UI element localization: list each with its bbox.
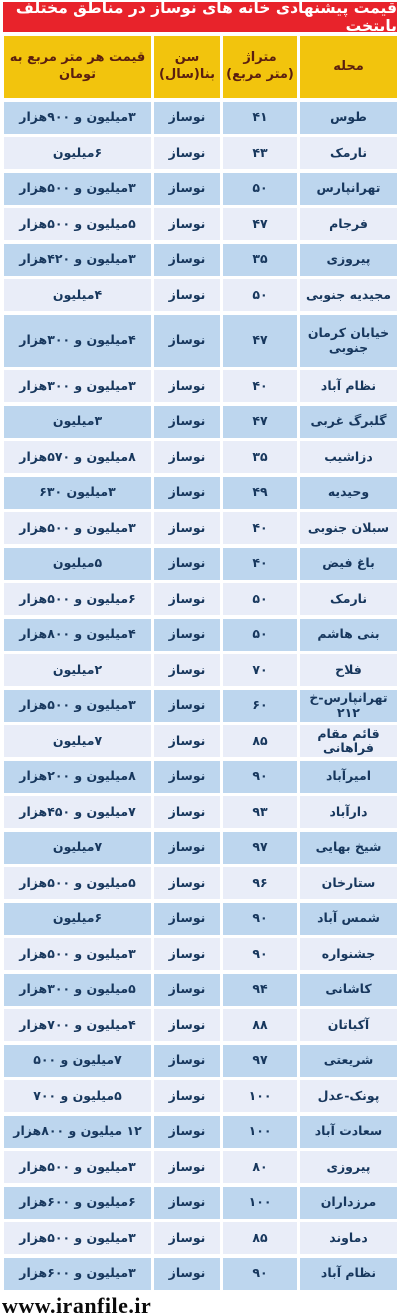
cell-neighborhood: فلاح bbox=[300, 654, 397, 686]
cell-price: ۳میلیون و ۵۰۰هزار bbox=[4, 938, 151, 970]
cell-area: ۸۸ bbox=[223, 1009, 297, 1041]
cell-neighborhood: تهرانپارس bbox=[300, 173, 397, 205]
header-line: سن bbox=[175, 50, 199, 67]
table-row: نارمک۵۰نوساز۶میلیون و ۵۰۰هزار bbox=[0, 583, 400, 615]
column-header-gheymat: قیمت هر متر مربع به تومان bbox=[4, 36, 151, 98]
cell-age: نوساز bbox=[154, 867, 220, 899]
column-header-mahalleh: محله bbox=[300, 36, 397, 98]
cell-price: ۶میلیون و ۵۰۰هزار bbox=[4, 583, 151, 615]
cell-neighborhood: دارآباد bbox=[300, 796, 397, 828]
watermark-url: www.iranfile.ir bbox=[0, 1293, 400, 1315]
cell-neighborhood: فرجام bbox=[300, 208, 397, 240]
table-row: ستارخان۹۶نوساز۵میلیون و ۵۰۰هزار bbox=[0, 867, 400, 899]
table-row: بنی هاشم۵۰نوساز۴میلیون و ۸۰۰هزار bbox=[0, 619, 400, 651]
cell-area: ۴۰ bbox=[223, 548, 297, 580]
header-line: محله bbox=[333, 59, 364, 76]
table-row: نظام آباد۴۰نوساز۳میلیون و ۳۰۰هزار bbox=[0, 370, 400, 402]
cell-age: نوساز bbox=[154, 974, 220, 1006]
table-row: خیابان کرمان جنوبی۴۷نوساز۴میلیون و ۳۰۰هز… bbox=[0, 315, 400, 367]
cell-age: نوساز bbox=[154, 1258, 220, 1290]
cell-area: ۹۰ bbox=[223, 761, 297, 793]
table-row: فرجام۴۷نوساز۵میلیون و ۵۰۰هزار bbox=[0, 208, 400, 240]
cell-price: ۳میلیون و ۵۰۰هزار bbox=[4, 512, 151, 544]
cell-price: ۵میلیون و ۳۰۰هزار bbox=[4, 974, 151, 1006]
cell-price: ۳میلیون ۶۳۰ bbox=[4, 477, 151, 509]
cell-price: ۵میلیون bbox=[4, 548, 151, 580]
cell-neighborhood: شیخ بهایی bbox=[300, 832, 397, 864]
cell-price: ۳میلیون و ۵۰۰هزار bbox=[4, 1151, 151, 1183]
cell-price: ۷میلیون و ۵۰۰ bbox=[4, 1045, 151, 1077]
cell-age: نوساز bbox=[154, 137, 220, 169]
table-row: دارآباد۹۳نوساز۷میلیون و ۴۵۰هزار bbox=[0, 796, 400, 828]
header-row: محلهمتراژ(متر مربع)سنبنا(سال)قیمت هر متر… bbox=[0, 36, 400, 98]
cell-age: نوساز bbox=[154, 512, 220, 544]
cell-age: نوساز bbox=[154, 619, 220, 651]
table-row: طوس۴۱نوساز۳میلیون و ۹۰۰هزار bbox=[0, 102, 400, 134]
table-row: گلبرگ غربی۴۷نوساز۳میلیون bbox=[0, 406, 400, 438]
cell-area: ۴۱ bbox=[223, 102, 297, 134]
cell-area: ۹۰ bbox=[223, 903, 297, 935]
cell-area: ۹۴ bbox=[223, 974, 297, 1006]
cell-age: نوساز bbox=[154, 279, 220, 311]
cell-age: نوساز bbox=[154, 654, 220, 686]
cell-age: نوساز bbox=[154, 761, 220, 793]
cell-price: ۳میلیون و ۵۰۰هزار bbox=[4, 1222, 151, 1254]
cell-area: ۹۶ bbox=[223, 867, 297, 899]
cell-neighborhood: امیرآباد bbox=[300, 761, 397, 793]
cell-price: ۷میلیون bbox=[4, 832, 151, 864]
cell-neighborhood: شریعتی bbox=[300, 1045, 397, 1077]
cell-area: ۸۵ bbox=[223, 1222, 297, 1254]
cell-neighborhood: پیروزی bbox=[300, 244, 397, 276]
column-header-sen-bana: سنبنا(سال) bbox=[154, 36, 220, 98]
table-row: سبلان جنوبی۴۰نوساز۳میلیون و ۵۰۰هزار bbox=[0, 512, 400, 544]
cell-neighborhood: سبلان جنوبی bbox=[300, 512, 397, 544]
cell-neighborhood: نارمک bbox=[300, 583, 397, 615]
cell-neighborhood: خیابان کرمان جنوبی bbox=[300, 315, 397, 367]
cell-area: ۴۳ bbox=[223, 137, 297, 169]
table-row: قائم مقام فراهانی۸۵نوساز۷میلیون bbox=[0, 725, 400, 757]
cell-price: ۵میلیون و ۷۰۰ bbox=[4, 1080, 151, 1112]
cell-price: ۸میلیون و ۵۷۰هزار bbox=[4, 441, 151, 473]
cell-area: ۸۰ bbox=[223, 1151, 297, 1183]
table-row: جشنواره۹۰نوساز۳میلیون و ۵۰۰هزار bbox=[0, 938, 400, 970]
cell-age: نوساز bbox=[154, 725, 220, 757]
table-row: تهرانپارس-خ ۲۱۲۶۰نوساز۳میلیون و ۵۰۰هزار bbox=[0, 690, 400, 722]
cell-neighborhood: پیروزی bbox=[300, 1151, 397, 1183]
cell-price: ۶میلیون bbox=[4, 137, 151, 169]
header-line: (متر مربع) bbox=[226, 67, 294, 84]
cell-age: نوساز bbox=[154, 102, 220, 134]
cell-area: ۵۰ bbox=[223, 173, 297, 205]
cell-neighborhood: سعادت آباد bbox=[300, 1116, 397, 1148]
cell-neighborhood: جشنواره bbox=[300, 938, 397, 970]
cell-area: ۷۰ bbox=[223, 654, 297, 686]
cell-neighborhood: کاشانی bbox=[300, 974, 397, 1006]
cell-area: ۱۰۰ bbox=[223, 1116, 297, 1148]
cell-price: ۳میلیون و ۶۰۰هزار bbox=[4, 1258, 151, 1290]
cell-area: ۱۰۰ bbox=[223, 1080, 297, 1112]
table-body: طوس۴۱نوساز۳میلیون و ۹۰۰هزارنارمک۴۳نوساز۶… bbox=[0, 102, 400, 1290]
cell-neighborhood: طوس bbox=[300, 102, 397, 134]
cell-neighborhood: نظام آباد bbox=[300, 370, 397, 402]
cell-age: نوساز bbox=[154, 938, 220, 970]
cell-area: ۵۰ bbox=[223, 583, 297, 615]
cell-area: ۴۷ bbox=[223, 406, 297, 438]
table-row: پیروزی۳۵نوساز۳میلیون و ۴۲۰هزار bbox=[0, 244, 400, 276]
table-row: نظام آباد۹۰نوساز۳میلیون و ۶۰۰هزار bbox=[0, 1258, 400, 1290]
cell-price: ۳میلیون و ۹۰۰هزار bbox=[4, 102, 151, 134]
cell-price: ۴میلیون bbox=[4, 279, 151, 311]
cell-area: ۸۵ bbox=[223, 725, 297, 757]
cell-area: ۹۰ bbox=[223, 1258, 297, 1290]
table-row: شریعتی۹۷نوساز۷میلیون و ۵۰۰ bbox=[0, 1045, 400, 1077]
table-row: امیرآباد۹۰نوساز۸میلیون و ۲۰۰هزار bbox=[0, 761, 400, 793]
cell-neighborhood: بنی هاشم bbox=[300, 619, 397, 651]
cell-price: ۱۲ میلیون و ۸۰۰هزار bbox=[4, 1116, 151, 1148]
cell-neighborhood: قائم مقام فراهانی bbox=[300, 725, 397, 757]
cell-neighborhood: دماوند bbox=[300, 1222, 397, 1254]
table-row: آکباتان۸۸نوساز۴میلیون و ۷۰۰هزار bbox=[0, 1009, 400, 1041]
cell-price: ۴میلیون و ۸۰۰هزار bbox=[4, 619, 151, 651]
header-line: متراژ bbox=[243, 50, 276, 67]
table-row: مجیدیه جنوبی۵۰نوساز۴میلیون bbox=[0, 279, 400, 311]
cell-neighborhood: نظام آباد bbox=[300, 1258, 397, 1290]
cell-neighborhood: دزاشیب bbox=[300, 441, 397, 473]
cell-price: ۳میلیون bbox=[4, 406, 151, 438]
cell-age: نوساز bbox=[154, 548, 220, 580]
cell-price: ۳میلیون و ۳۰۰هزار bbox=[4, 370, 151, 402]
header-line: بنا(سال) bbox=[159, 67, 215, 84]
cell-area: ۳۵ bbox=[223, 244, 297, 276]
cell-price: ۸میلیون و ۲۰۰هزار bbox=[4, 761, 151, 793]
cell-price: ۷میلیون و ۴۵۰هزار bbox=[4, 796, 151, 828]
cell-price: ۴میلیون و ۳۰۰هزار bbox=[4, 315, 151, 367]
table-row: شیخ بهایی۹۷نوساز۷میلیون bbox=[0, 832, 400, 864]
cell-age: نوساز bbox=[154, 406, 220, 438]
cell-age: نوساز bbox=[154, 796, 220, 828]
cell-area: ۹۷ bbox=[223, 832, 297, 864]
cell-age: نوساز bbox=[154, 832, 220, 864]
price-table: محلهمتراژ(متر مربع)سنبنا(سال)قیمت هر متر… bbox=[0, 36, 400, 1290]
cell-neighborhood: وحیدیه bbox=[300, 477, 397, 509]
cell-area: ۴۷ bbox=[223, 208, 297, 240]
cell-age: نوساز bbox=[154, 1080, 220, 1112]
cell-age: نوساز bbox=[154, 441, 220, 473]
cell-neighborhood: باغ فیض bbox=[300, 548, 397, 580]
cell-age: نوساز bbox=[154, 583, 220, 615]
table-row: مرزداران۱۰۰نوساز۶میلیون و ۶۰۰هزار bbox=[0, 1187, 400, 1219]
cell-price: ۶میلیون و ۶۰۰هزار bbox=[4, 1187, 151, 1219]
cell-area: ۹۷ bbox=[223, 1045, 297, 1077]
cell-age: نوساز bbox=[154, 1187, 220, 1219]
cell-neighborhood: ستارخان bbox=[300, 867, 397, 899]
cell-area: ۵۰ bbox=[223, 619, 297, 651]
table-row: پونک-عدل۱۰۰نوساز۵میلیون و ۷۰۰ bbox=[0, 1080, 400, 1112]
price-table-graphic: قیمت پیشنهادی خانه های نوساز در مناطق مخ… bbox=[0, 2, 400, 1315]
cell-area: ۳۵ bbox=[223, 441, 297, 473]
cell-price: ۳میلیون و ۵۰۰هزار bbox=[4, 173, 151, 205]
cell-area: ۴۰ bbox=[223, 370, 297, 402]
table-row: فلاح۷۰نوساز۲میلیون bbox=[0, 654, 400, 686]
cell-neighborhood: تهرانپارس-خ ۲۱۲ bbox=[300, 690, 397, 722]
cell-area: ۵۰ bbox=[223, 279, 297, 311]
cell-neighborhood: مجیدیه جنوبی bbox=[300, 279, 397, 311]
cell-price: ۷میلیون bbox=[4, 725, 151, 757]
cell-area: ۶۰ bbox=[223, 690, 297, 722]
cell-age: نوساز bbox=[154, 1045, 220, 1077]
cell-area: ۹۰ bbox=[223, 938, 297, 970]
table-row: نارمک۴۳نوساز۶میلیون bbox=[0, 137, 400, 169]
table-row: سعادت آباد۱۰۰نوساز۱۲ میلیون و ۸۰۰هزار bbox=[0, 1116, 400, 1148]
cell-area: ۴۹ bbox=[223, 477, 297, 509]
cell-area: ۱۰۰ bbox=[223, 1187, 297, 1219]
cell-area: ۴۰ bbox=[223, 512, 297, 544]
table-row: باغ فیض۴۰نوساز۵میلیون bbox=[0, 548, 400, 580]
table-row: شمس آباد۹۰نوساز۶میلیون bbox=[0, 903, 400, 935]
cell-age: نوساز bbox=[154, 244, 220, 276]
cell-neighborhood: مرزداران bbox=[300, 1187, 397, 1219]
table-row: دزاشیب۳۵نوساز۸میلیون و ۵۷۰هزار bbox=[0, 441, 400, 473]
cell-price: ۳میلیون و ۴۲۰هزار bbox=[4, 244, 151, 276]
table-row: وحیدیه۴۹نوساز۳میلیون ۶۳۰ bbox=[0, 477, 400, 509]
cell-neighborhood: شمس آباد bbox=[300, 903, 397, 935]
cell-neighborhood: نارمک bbox=[300, 137, 397, 169]
table-row: پیروزی۸۰نوساز۳میلیون و ۵۰۰هزار bbox=[0, 1151, 400, 1183]
cell-neighborhood: آکباتان bbox=[300, 1009, 397, 1041]
table-row: کاشانی۹۴نوساز۵میلیون و ۳۰۰هزار bbox=[0, 974, 400, 1006]
title-banner: قیمت پیشنهادی خانه های نوساز در مناطق مخ… bbox=[3, 2, 397, 32]
cell-age: نوساز bbox=[154, 1151, 220, 1183]
cell-neighborhood: پونک-عدل bbox=[300, 1080, 397, 1112]
cell-age: نوساز bbox=[154, 315, 220, 367]
cell-price: ۶میلیون bbox=[4, 903, 151, 935]
cell-age: نوساز bbox=[154, 370, 220, 402]
cell-price: ۲میلیون bbox=[4, 654, 151, 686]
cell-price: ۳میلیون و ۵۰۰هزار bbox=[4, 690, 151, 722]
cell-area: ۴۷ bbox=[223, 315, 297, 367]
cell-age: نوساز bbox=[154, 690, 220, 722]
cell-age: نوساز bbox=[154, 1116, 220, 1148]
cell-age: نوساز bbox=[154, 173, 220, 205]
cell-price: ۴میلیون و ۷۰۰هزار bbox=[4, 1009, 151, 1041]
cell-age: نوساز bbox=[154, 1009, 220, 1041]
cell-age: نوساز bbox=[154, 208, 220, 240]
cell-age: نوساز bbox=[154, 477, 220, 509]
table-row: تهرانپارس۵۰نوساز۳میلیون و ۵۰۰هزار bbox=[0, 173, 400, 205]
cell-age: نوساز bbox=[154, 1222, 220, 1254]
cell-age: نوساز bbox=[154, 903, 220, 935]
column-header-metraj: متراژ(متر مربع) bbox=[223, 36, 297, 98]
table-row: دماوند۸۵نوساز۳میلیون و ۵۰۰هزار bbox=[0, 1222, 400, 1254]
cell-neighborhood: گلبرگ غربی bbox=[300, 406, 397, 438]
header-line: قیمت هر متر مربع به تومان bbox=[4, 50, 151, 84]
cell-area: ۹۳ bbox=[223, 796, 297, 828]
cell-price: ۵میلیون و ۵۰۰هزار bbox=[4, 208, 151, 240]
cell-price: ۵میلیون و ۵۰۰هزار bbox=[4, 867, 151, 899]
